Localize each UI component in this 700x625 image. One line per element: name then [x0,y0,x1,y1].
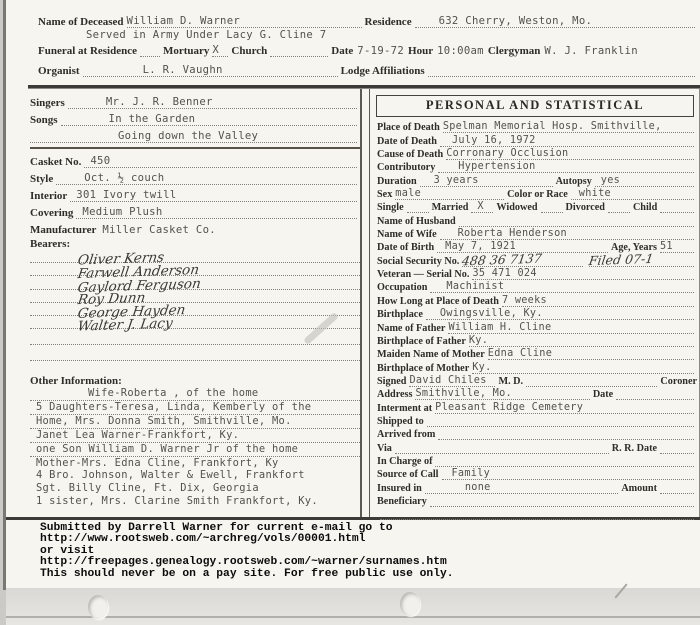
field-signed-coroner: Signed David Chiles M. D. Coroner [370,374,699,387]
bearer-field: Walter J. Lacy [30,316,360,329]
hour-label: Hour [408,45,433,57]
field-arrived-from: Arrived from [370,427,699,440]
church-label: Church [231,45,267,57]
field-label: Occupation [377,282,427,293]
submission-line: This should never be on a pay site. For … [40,569,454,580]
field-value: Ky. [469,335,488,346]
other-info-text: Janet Lea Warner-Frankfort, Ky. [30,429,360,442]
field-cause-of-death: Cause of Death Corronary Occlusion [370,147,699,160]
interior-row: Interior 301 Ivory twill [30,185,360,202]
field-value-line [427,426,694,427]
field-value: David Chiles [409,375,486,386]
empty-bearer-line [30,345,360,361]
song-2-value: Going down the Valley [30,130,258,142]
bearer-field [30,360,360,361]
field-birthplace-of-mother: Birthplace of Mother Ky. [370,360,699,373]
field-date-of-death: Date of Death July 16, 1972 [370,133,699,146]
field-value: Spelman Memorial Hosp. Smithville, [443,121,662,132]
field-value-line: Family [442,468,695,480]
other-info-text: 1 sister, Mrs. Clarine Smith Frankfort, … [30,495,360,508]
style-label: Style [30,173,53,185]
field-name-of-husband: Name of Husband [370,213,699,226]
clergyman-label: Clergyman [488,45,541,57]
field-value: 51 [660,241,673,252]
field-value: 7 weeks [502,295,547,306]
funeral-at-residence-label: Funeral at Residence [38,45,137,57]
field-label: Name of Father [377,323,445,334]
clergyman-value: W. J. Franklin [540,45,642,57]
field-value-line [616,399,694,400]
field-label: Insured in [377,483,422,494]
other-info-text: 4 Bro. Johnson, Walter & Ewell, Frankfor… [30,469,360,482]
field-value: 35 471 024 [472,268,536,279]
field-occupation: Occupation Machinist [370,280,699,293]
widowed-label: Widowed [496,202,537,213]
married-field: X [471,201,493,213]
field-value: Pleasant Ridge Cemetery [435,402,583,413]
scanned-funeral-record: Name of Deceased William D. Warner Resid… [0,0,700,625]
married-x-mark: X [471,201,483,212]
field-label: Place of Death [377,122,440,133]
date-value: 7-19-72 [353,45,408,57]
field-value: 3 years [420,175,479,186]
field-value: Smithville, Mo. [415,388,512,399]
field-value-line: yes [595,175,694,187]
name-of-deceased-value: William D. Warner [127,15,241,27]
bearer-field: George Hayden [30,303,360,316]
songs-row: Songs In the Garden [30,109,360,126]
field-value: Owingsville, Ky. [426,308,543,319]
child-field [660,212,694,213]
field-label: Duration [377,176,417,187]
field-beneficiary: Beneficiary [370,494,699,507]
backing-sheet-edge [6,616,700,618]
field-veteran-serial-no: Veteran — Serial No. 35 471 024 [370,267,699,280]
field-label: Birthplace of Mother [377,363,469,374]
field-marital-status: Single Married X Widowed Divorced Child [370,200,699,213]
field-label: Social Security No. [377,256,459,267]
divorced-field [608,212,630,213]
mortuary-x-mark: X [212,44,219,56]
field-value-line [660,453,694,454]
songs-field-2: Going down the Valley [30,130,357,143]
field-label: Cause of Death [377,149,443,160]
field-value-line: Hypertension [438,161,694,173]
field-value-line [395,453,609,454]
other-info-text: Sgt. Billy Cline, Ft. Dix, Georgia [30,482,360,495]
other-info-line: Wife-Roberta , of the home [30,387,360,401]
other-info-line: Mother-Mrs. Edna Cline, Frankfort, Ky [30,457,360,470]
other-info-line: one Son William D. Warner Jr of the home [30,443,360,457]
name-of-deceased-label: Name of Deceased [38,16,124,28]
service-details-column: Singers Mr. J. R. Benner Songs In the Ga… [30,92,360,508]
field-contributory: Contributory Hypertension [370,160,699,173]
bearer-field: Farwell Anderson [30,263,360,276]
church-field [270,56,328,57]
field-birthplace-of-father: Birthplace of Father Ky. [370,334,699,347]
bearer-6-signature: Walter J. Lacy [77,317,174,332]
organist-row: Organist L. R. Vaughn Lodge Affiliations [38,57,698,77]
coroner-label: Coroner [660,376,697,387]
other-info-line: Home, Mrs. Donna Smith, Smithville, Mo. [30,415,360,429]
other-info-line: 4 Bro. Johnson, Walter & Ewell, Frankfor… [30,469,360,482]
header-section: Name of Deceased William D. Warner Resid… [38,12,698,77]
field-birthplace: Birthplace Owingsville, Ky. [370,307,699,320]
singers-value: Mr. J. R. Benner [68,96,213,108]
field-label: Sex [377,189,392,200]
field-value-line [380,519,694,520]
field-value: Corronary Occlusion [446,148,568,159]
field-label: M. D. [498,376,523,387]
style-row: Style Oct. ½ couch [30,168,360,185]
covering-value: Medium Plush [76,206,162,218]
field-how-long-at-place-of-death: How Long at Place of Death 7 weeks [370,293,699,306]
field-value-line [438,439,694,440]
army-note: Served in Army Under Lacy G. Cline 7 [38,29,326,41]
organist-value: L. R. Vaughn [83,64,223,76]
covering-label: Covering [30,207,73,219]
field-value-line: none [425,482,618,494]
field-social-security-no: Social Security No. 488 36 7137 Filed 07… [370,253,699,266]
funeral-row: Funeral at Residence Mortuary X Church D… [38,41,698,57]
field-label: Signed [377,376,406,387]
field-value-line: male [395,188,504,200]
songs-field: In the Garden [61,113,357,126]
field-value: William H. Cline [448,322,551,333]
field-value: white [571,188,611,199]
field-value-line [660,493,694,494]
ssn-handwritten-value: 488 36 7137 [461,252,543,267]
name-of-deceased-field: William D. Warner [127,15,362,28]
field-value: yes [595,175,620,186]
divorced-label: Divorced [566,202,605,213]
field-value-line: William H. Cline [448,322,694,334]
field-label: Contributory [377,162,435,173]
field-value-line: 35 471 024 [472,268,694,280]
interior-field: 301 Ivory twill [70,189,357,202]
field-value: Edna Cline [488,348,552,359]
covering-field: Medium Plush [76,206,357,219]
field-value-line: 488 36 7137 [462,254,583,267]
deceased-row: Name of Deceased William D. Warner Resid… [38,12,698,28]
filed-handwritten-note: Filed 07-1 [588,253,654,267]
field-label: Via [377,443,392,454]
residence-label: Residence [365,16,412,28]
other-information-section: Other Information: Wife-Roberta , of the… [30,375,360,508]
field-label: Date of Death [377,136,437,147]
single-label: Single [377,202,404,213]
child-label: Child [633,202,657,213]
bearer-line: Farwell Anderson [30,263,360,276]
field-value-line: Owingsville, Ky. [426,308,694,320]
field-label: Arrived from [377,429,435,440]
manufacturer-value: Miller Casket Co. [96,224,216,236]
field-value: Roberta Henderson [440,228,567,239]
field-value-line: Corronary Occlusion [446,148,694,160]
field-label: Veteran — Serial No. [377,269,469,280]
field-value: none [425,482,491,493]
field-shipped-to: Shipped to [370,414,699,427]
field-value-line [430,506,694,507]
field-label: Name of Husband [377,216,456,227]
other-info-text: Wife-Roberta , of the home [30,387,360,400]
style-field: Oct. ½ couch [56,172,357,185]
field-value: Family [442,468,491,479]
field-value-line [459,226,694,227]
other-info-line: Janet Lea Warner-Frankfort, Ky. [30,429,360,443]
singers-label: Singers [30,97,65,109]
backing-sheet [6,588,700,625]
field-value-line: Pleasant Ridge Cemetery [435,402,694,414]
other-info-text: Mother-Mrs. Edna Cline, Frankfort, Ky [30,457,360,470]
singers-row: Singers Mr. J. R. Benner [30,92,360,109]
field-label: Interment at [377,403,432,414]
field-interment-at: Interment at Pleasant Ridge Cemetery [370,400,699,413]
other-info-text: Home, Mrs. Donna Smith, Smithville, Mo. [30,415,360,428]
army-note-row: Served in Army Under Lacy G. Cline 7 [38,28,698,41]
hour-value: 10:00am [433,45,488,57]
field-value-line: 51 [660,241,694,253]
field-label: Birthplace of Father [377,336,466,347]
other-info-text: 5 Daughters-Teresa, Linda, Kemberly of t… [30,401,360,414]
field-name-of-father: Name of Father William H. Cline [370,320,699,333]
field-label: Address [377,389,412,400]
field-label: Color or Race [507,189,568,200]
bearers-label: Bearers: [30,238,70,250]
interior-label: Interior [30,190,67,202]
songs-row-2: Going down the Valley [30,126,360,143]
field-address-date: Address Smithville, Mo. Date [370,387,699,400]
widowed-field [541,212,563,213]
field-value-line: Ky. [469,335,694,347]
field-label: Amount [621,483,657,494]
single-field [407,212,429,213]
songs-label: Songs [30,114,58,126]
mortuary-label: Mortuary [163,45,209,57]
date-label: Date [331,45,353,57]
field-value-line: Machinist [430,281,694,293]
field-value-line: Ky. [472,362,694,374]
field-value: July 16, 1972 [440,135,536,146]
field-value-line: Spelman Memorial Hosp. Smithville, [443,121,694,133]
personal-statistical-title: PERSONAL AND STATISTICAL [376,95,694,117]
manufacturer-row: Manufacturer Miller Casket Co. [30,219,360,236]
field-label: R. R. Date [612,443,657,454]
scan-edge-shadow [3,0,6,590]
other-information-header: Other Information: [30,375,360,387]
casket-no-label: Casket No. [30,156,81,168]
field-value-line: Roberta Henderson [440,228,694,240]
field-in-charge-of: In Charge of [370,454,699,467]
mortuary-field: X [212,44,228,57]
residence-field: 632 Cherry, Weston, Mo. [415,15,695,28]
other-information-label: Other Information: [30,375,122,387]
organist-field: L. R. Vaughn [83,64,338,77]
residence-value: 632 Cherry, Weston, Mo. [415,15,593,27]
field-value: Hypertension [438,161,535,172]
singers-field: Mr. J. R. Benner [68,96,357,109]
funeral-residence-field [140,56,160,57]
field-value: Machinist [430,281,504,292]
field-value: May 7, 1921 [437,241,516,252]
column-divider [360,89,362,517]
field-value-line: David Chiles [409,375,495,387]
manufacturer-label: Manufacturer [30,224,96,236]
field-label: Name of Wife [377,229,437,240]
submission-url-2: http://freepages.genealogy.rootsweb.com/… [40,557,454,568]
field-label: Beneficiary [377,496,427,507]
lodge-affiliations-field [428,76,695,77]
field-label: Maiden Name of Mother [377,349,485,360]
other-info-line: 5 Daughters-Teresa, Linda, Kemberly of t… [30,401,360,415]
field-value: Ky. [472,362,491,373]
field-value-line [435,466,694,467]
song-1-value: In the Garden [61,113,196,125]
field-value-line: July 16, 1972 [440,135,694,147]
field-value-line: white [571,188,694,200]
organist-label: Organist [38,65,80,77]
bearers-header-row: Bearers: [30,236,360,250]
field-value-line: Smithville, Mo. [415,388,589,400]
lodge-affiliations-label: Lodge Affiliations [341,65,425,77]
field-label: How Long at Place of Death [377,296,499,307]
field-label: Date of Birth [377,242,434,253]
other-info-line: Sgt. Billy Cline, Ft. Dix, Georgia [30,482,360,495]
casket-no-field: 450 [84,155,357,168]
field-label: Birthplace [377,309,423,320]
field-label: Source of Call [377,469,439,480]
field-value: male [395,188,421,199]
field-label: Shipped to [377,416,424,427]
punch-hole [400,592,420,616]
field-label: In Charge of [377,456,432,467]
style-value: Oct. ½ couch [56,172,164,184]
empty-dotted-row [370,507,699,520]
punch-hole [88,595,108,619]
field-label: Date [593,389,613,400]
field-value-line: Edna Cline [488,348,694,360]
casket-no-value: 450 [84,155,110,167]
field-value-line [526,386,657,387]
field-value-line: 7 weeks [502,295,694,307]
field-maiden-name-of-mother: Maiden Name of Mother Edna Cline [370,347,699,360]
field-name-of-wife: Name of Wife Roberta Henderson [370,227,699,240]
other-info-line: 1 sister, Mrs. Clarine Smith Frankfort, … [30,495,360,508]
field-via-rr-date: Via R. R. Date [370,440,699,453]
field-source-of-call: Source of Call Family [370,467,699,480]
married-label: Married [432,202,469,213]
personal-statistical-column: PERSONAL AND STATISTICAL Place of Death … [369,89,700,517]
interior-value: 301 Ivory twill [70,189,176,201]
section-rule [30,147,360,149]
submission-note: Submitted by Darrell Warner for current … [40,523,454,580]
field-insured-in-amount: Insured in none Amount [370,480,699,493]
field-place-of-death: Place of Death Spelman Memorial Hosp. Sm… [370,120,699,133]
field-value-line: 3 years [420,175,553,187]
bearer-line: Walter J. Lacy [30,316,360,329]
other-info-text: one Son William D. Warner Jr of the home [30,443,360,456]
casket-no-row: Casket No. 450 [30,151,360,168]
field-value-line: Filed 07-1 [589,254,694,267]
submission-url-1: http://www.rootsweb.com/~archreg/vols/00… [40,534,454,545]
field-duration-autopsy: Duration 3 years Autopsy yes [370,173,699,186]
field-label: Autopsy [556,176,592,187]
field-sex-race: Sex male Color or Race white [370,187,699,200]
bearer-field [30,344,360,345]
covering-row: Covering Medium Plush [30,202,360,219]
